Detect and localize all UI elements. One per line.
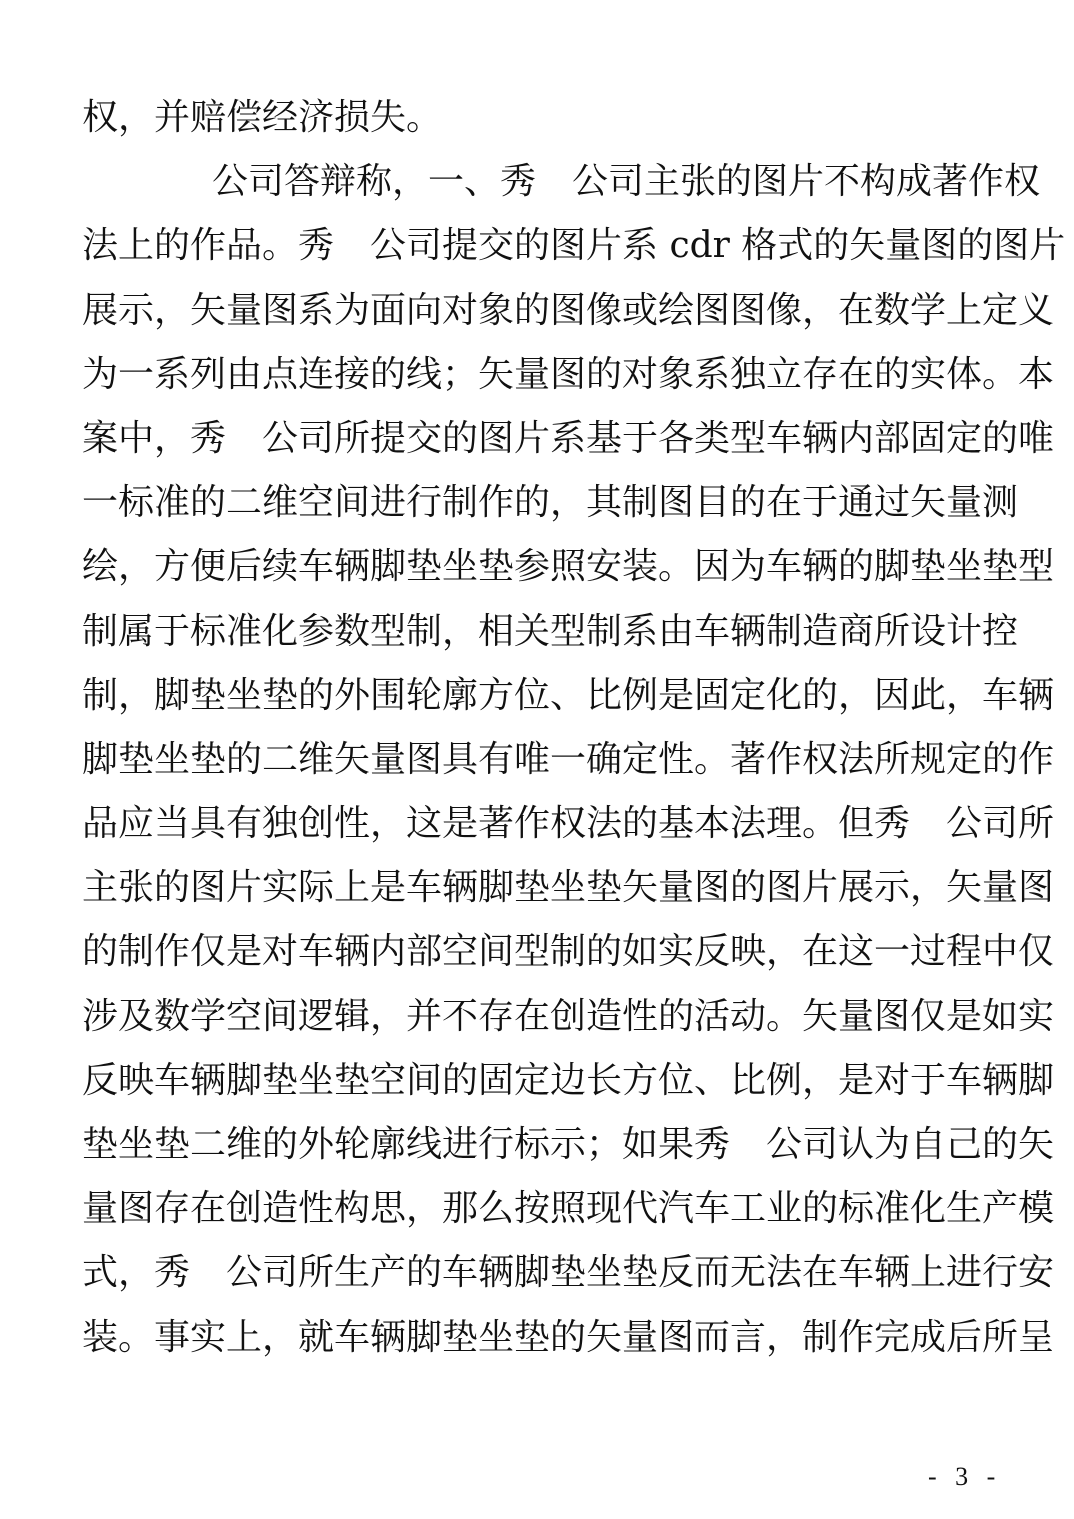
text-line: 脚垫坐垫的二维矢量图具有唯一确定性。著作权法所规定的作 [82, 734, 1002, 798]
body-text: 权，并赔偿经济损失。 公司答辩称，一、秀 公司主张的图片不构成著作权 法上的作品… [82, 92, 1002, 1376]
document-page: 权，并赔偿经济损失。 公司答辩称，一、秀 公司主张的图片不构成著作权 法上的作品… [0, 0, 1074, 1519]
text-line: 案中，秀 公司所提交的图片系基于各类型车辆内部固定的唯 [82, 413, 1002, 477]
text-line: 为一系列由点连接的线；矢量图的对象系独立存在的实体。本 [82, 349, 1002, 413]
text-line: 主张的图片实际上是车辆脚垫坐垫矢量图的图片展示，矢量图 [82, 862, 1002, 926]
text-line: 装。事实上，就车辆脚垫坐垫的矢量图而言，制作完成后所呈 [82, 1312, 1002, 1376]
text-line: 法上的作品。秀 公司提交的图片系 cdr 格式的矢量图的图片 [82, 220, 1002, 284]
text-line: 制属于标准化参数型制，相关型制系由车辆制造商所设计控 [82, 606, 1002, 670]
text-line: 制，脚垫坐垫的外围轮廓方位、比例是固定化的，因此，车辆 [82, 670, 1002, 734]
text-line: 一标准的二维空间进行制作的，其制图目的在于通过矢量测 [82, 477, 1002, 541]
text-line: 公司答辩称，一、秀 公司主张的图片不构成著作权 [82, 156, 1002, 220]
page-number: - 3 - [928, 1462, 1001, 1492]
text-line: 绘，方便后续车辆脚垫坐垫参照安装。因为车辆的脚垫坐垫型 [82, 541, 1002, 605]
text-line: 权，并赔偿经济损失。 [82, 92, 1002, 156]
text-line: 展示，矢量图系为面向对象的图像或绘图图像，在数学上定义 [82, 285, 1002, 349]
text-line: 品应当具有独创性，这是著作权法的基本法理。但秀 公司所 [82, 798, 1002, 862]
text-line: 式，秀 公司所生产的车辆脚垫坐垫反而无法在车辆上进行安 [82, 1247, 1002, 1311]
text-line: 涉及数学空间逻辑，并不存在创造性的活动。矢量图仅是如实 [82, 991, 1002, 1055]
text-line: 反映车辆脚垫坐垫空间的固定边长方位、比例，是对于车辆脚 [82, 1055, 1002, 1119]
text-line: 量图存在创造性构思，那么按照现代汽车工业的标准化生产模 [82, 1183, 1002, 1247]
text-line: 垫坐垫二维的外轮廓线进行标示；如果秀 公司认为自己的矢 [82, 1119, 1002, 1183]
text-line: 的制作仅是对车辆内部空间型制的如实反映，在这一过程中仅 [82, 926, 1002, 990]
